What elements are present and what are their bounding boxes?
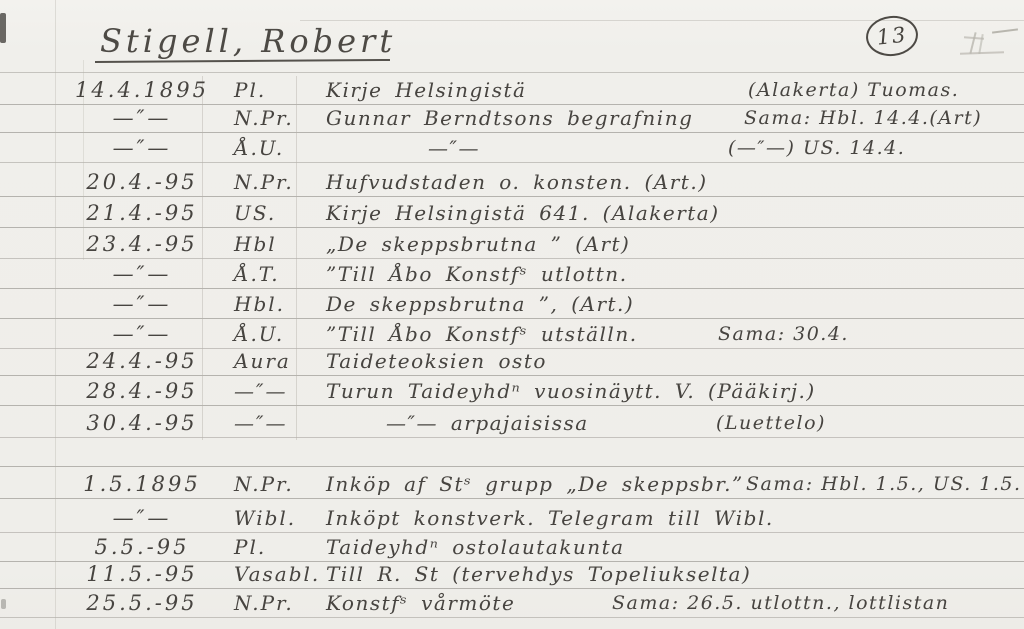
ledger-row: 24.4.-95AuraTaideteoksien osto	[0, 347, 1024, 375]
entry-description: Kirje Helsingistä 641. (Alakerta)	[326, 201, 720, 225]
entry-source: Å.T.	[234, 262, 280, 286]
ledger-page: Stigell, Robert 13 14.4.1895Pl.Kirje Hel…	[0, 0, 1024, 629]
entry-description: ”Till Åbo Konstfˢ utlottn.	[326, 262, 628, 286]
ledger-row: —″—Å.U.—″—(—″—) US. 14.4.	[0, 134, 1024, 162]
ruled-line	[0, 196, 1024, 197]
entry-date: —″—	[62, 322, 222, 346]
ledger-row: 11.5.-95Vasabl.Till R. St (tervehdys Top…	[0, 560, 1024, 588]
ledger-row: —″—Hbl.De skeppsbrutna ”, (Art.)	[0, 290, 1024, 318]
entry-date: —″—	[62, 506, 222, 530]
entry-description: Turun Taideyhdⁿ vuosinäytt. V. (Pääkirj.…	[326, 379, 816, 403]
entry-source: Wibl.	[234, 506, 296, 530]
entry-description: De skeppsbrutna ”, (Art.)	[326, 292, 634, 316]
entry-date: 14.4.1895	[62, 78, 222, 102]
entry-source: —″—	[234, 411, 287, 435]
entry-date: 23.4.-95	[62, 232, 222, 256]
entry-note: Sama: 26.5. utlottn., lottlistan	[612, 591, 949, 615]
entry-source: Å.U.	[234, 136, 284, 160]
ledger-row: 28.4.-95—″—Turun Taideyhdⁿ vuosinäytt. V…	[0, 377, 1024, 405]
ledger-row: —″—N.Pr.Gunnar Berndtsons begrafningSama…	[0, 104, 1024, 132]
entry-description: —″— arpajaisissa	[386, 411, 589, 435]
entry-date: 1.5.1895	[62, 472, 222, 496]
entry-note: Sama: Hbl. 14.4.(Art)	[744, 106, 982, 130]
entry-date: 28.4.-95	[62, 379, 222, 403]
ruled-line	[0, 162, 1024, 163]
ledger-row: 20.4.-95N.Pr.Hufvudstaden o. konsten. (A…	[0, 168, 1024, 196]
entry-description: Gunnar Berndtsons begrafning	[326, 106, 693, 130]
entry-source: N.Pr.	[234, 170, 294, 194]
ledger-row: 25.5.-95N.Pr.Konstfˢ vårmöteSama: 26.5. …	[0, 589, 1024, 617]
entry-date: —″—	[62, 292, 222, 316]
entry-description: —″—	[428, 136, 480, 160]
entry-date: 25.5.-95	[62, 591, 222, 615]
entry-note: Sama: 30.4.	[718, 322, 849, 346]
entry-description: Taideteoksien osto	[326, 349, 547, 373]
entry-description: Konstfˢ vårmöte	[326, 591, 515, 615]
ruled-line	[0, 227, 1024, 228]
ledger-row: 30.4.-95—″——″— arpajaisissa(Luettelo)	[0, 409, 1024, 437]
entry-source: —″—	[234, 379, 287, 403]
ledger-row: —″—Wibl.Inköpt konstverk. Telegram till …	[0, 504, 1024, 532]
entry-description: Hufvudstaden o. konsten. (Art.)	[326, 170, 708, 194]
ledger-row: 14.4.1895Pl.Kirje Helsingistä(Alakerta) …	[0, 76, 1024, 104]
title-underline	[95, 59, 390, 66]
entry-date: 11.5.-95	[62, 562, 222, 586]
entry-date: —″—	[62, 136, 222, 160]
ruled-line	[300, 20, 1024, 21]
entry-description: Inköpt konstverk. Telegram till Wibl.	[326, 506, 774, 530]
ruled-line	[0, 375, 1024, 376]
page-title: Stigell, Robert	[100, 22, 396, 60]
entry-source: Hbl	[234, 232, 277, 256]
ledger-row: —″—Å.T.”Till Åbo Konstfˢ utlottn.	[0, 260, 1024, 288]
ledger-row: —″—Å.U.”Till Åbo Konstfˢ utställn.Sama: …	[0, 320, 1024, 348]
entry-date: —″—	[62, 106, 222, 130]
ruled-line	[0, 498, 1024, 499]
ledger-row: 1.5.1895N.Pr.Inköp af Stˢ grupp „De skep…	[0, 470, 1024, 498]
entry-description: Kirje Helsingistä	[326, 78, 526, 102]
ruled-line	[0, 288, 1024, 289]
edge-smudge	[0, 13, 6, 43]
ruled-line	[0, 258, 1024, 259]
entry-description: Till R. St (tervehdys Topeliukselta)	[326, 562, 751, 586]
entry-note: (—″—) US. 14.4.	[728, 136, 905, 160]
ruled-line	[0, 72, 1024, 73]
entry-source: Pl.	[234, 78, 266, 102]
entry-source: Vasabl.	[234, 562, 320, 586]
ledger-row: 21.4.-95US.Kirje Helsingistä 641. (Alake…	[0, 199, 1024, 227]
entry-date: 24.4.-95	[62, 349, 222, 373]
entry-note: (Luettelo)	[716, 411, 826, 435]
entry-source: Pl.	[234, 535, 266, 559]
entry-date: 5.5.-95	[62, 535, 222, 559]
entry-note: (Alakerta) Tuomas.	[748, 78, 959, 102]
entry-date: 20.4.-95	[62, 170, 222, 194]
entry-source: US.	[234, 201, 276, 225]
entry-source: N.Pr.	[234, 472, 294, 496]
ledger-row: 23.4.-95Hbl„De skeppsbrutna ” (Art)	[0, 230, 1024, 258]
entry-source: Å.U.	[234, 322, 284, 346]
entry-source: N.Pr.	[234, 106, 294, 130]
ruled-line	[0, 466, 1024, 467]
ruled-line	[0, 318, 1024, 319]
entry-source: Hbl.	[234, 292, 285, 316]
ruled-line	[0, 437, 1024, 438]
crossed-out-pencil-mark	[958, 28, 1020, 60]
entry-source: Aura	[234, 349, 291, 373]
entry-description: ”Till Åbo Konstfˢ utställn.	[326, 322, 638, 346]
entry-date: 21.4.-95	[62, 201, 222, 225]
page-number: 13	[875, 22, 908, 49]
ruled-line	[0, 132, 1024, 133]
entry-description: Taideyhdⁿ ostolautakunta	[326, 535, 625, 559]
ruled-line	[0, 617, 1024, 618]
entry-source: N.Pr.	[234, 591, 294, 615]
entry-date: 30.4.-95	[62, 411, 222, 435]
entry-date: —″—	[62, 262, 222, 286]
ledger-row: 5.5.-95Pl.Taideyhdⁿ ostolautakunta	[0, 533, 1024, 561]
ruled-line	[0, 405, 1024, 406]
entry-description: „De skeppsbrutna ” (Art)	[326, 232, 630, 256]
entry-description: Inköp af Stˢ grupp „De skeppsbr.”	[326, 472, 744, 496]
entry-note: Sama: Hbl. 1.5., US. 1.5.	[746, 472, 1022, 496]
